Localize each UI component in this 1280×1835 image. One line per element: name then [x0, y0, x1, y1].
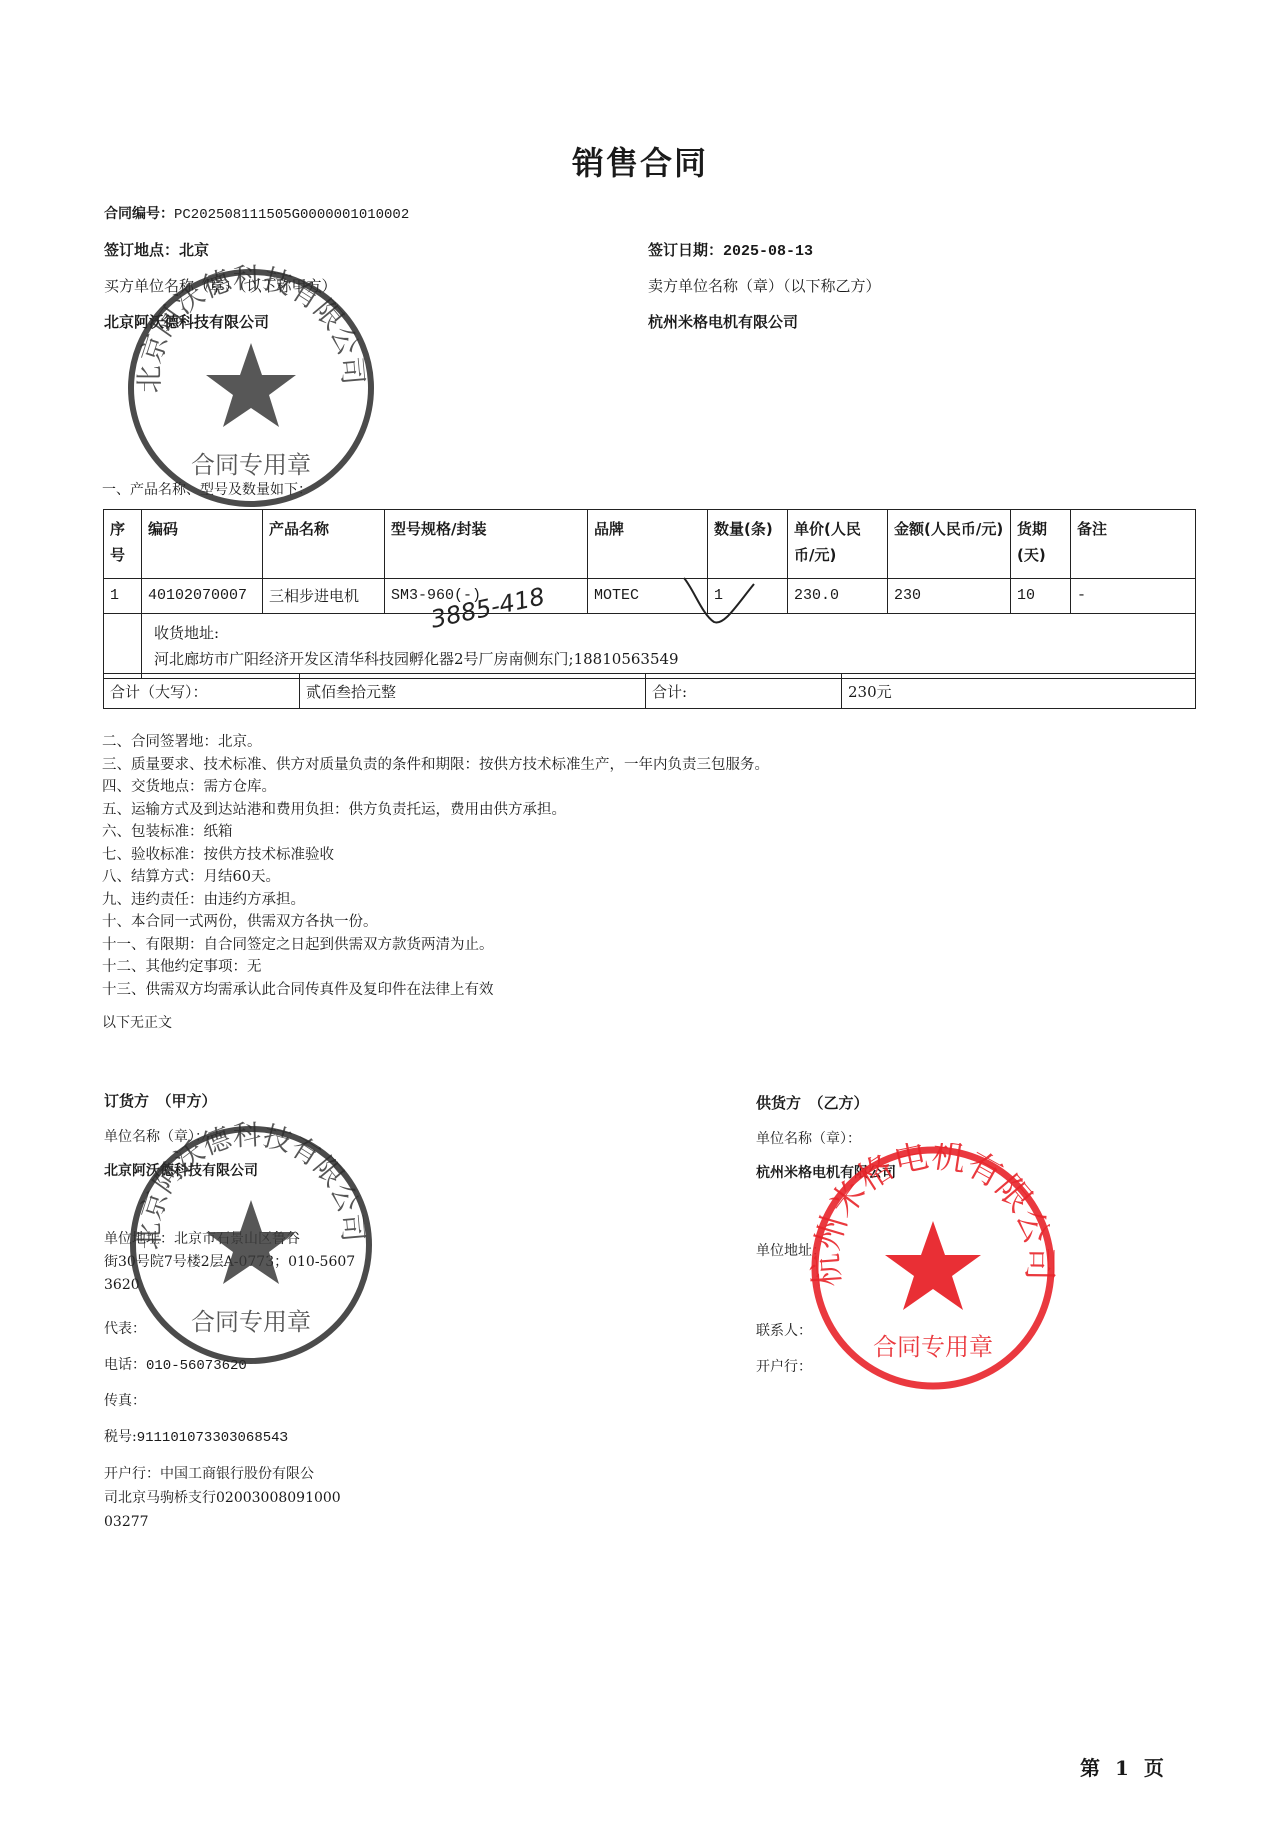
party-a-fax-label: 传真：	[104, 1390, 146, 1410]
contract-terms: 二、合同签署地：北京。 三、质量要求、技术标准、供方对质量负责的条件和期限：按供…	[102, 731, 769, 1001]
items-table: 序号 编码 产品名称 型号规格/封装 品牌 数量(条) 单价(人民币/元) 金额…	[103, 509, 1196, 679]
col-header-unit-price: 单价(人民币/元)	[788, 510, 888, 579]
party-a-bank-label: 开户行：	[104, 1466, 160, 1482]
sign-date-value: 2025-08-13	[723, 243, 813, 260]
address-row: 收货地址: 河北廊坊市广阳经济开发区清华科技园孵化器2号厂房南侧东门;18810…	[104, 614, 1196, 679]
page-number: 第 1 页	[1080, 1752, 1168, 1781]
buyer-name: 北京阿沃德科技有限公司	[104, 311, 269, 332]
party-b-address-label: 单位地址：	[756, 1240, 826, 1260]
term-item: 十三、供需双方均需承认此合同传真件及复印件在法律上有效	[102, 979, 769, 1002]
party-a-phone-label: 电话：	[104, 1357, 146, 1373]
buyer-company-seal-top: 北京阿沃德科技有限公司 合同专用章	[122, 263, 380, 513]
col-header-remark: 备注	[1071, 510, 1196, 579]
party-a-address-line3: 3620	[104, 1274, 355, 1297]
total-upper-label: 合计（大写）：	[104, 674, 300, 709]
term-item: 四、交货地点：需方仓库。	[102, 776, 769, 799]
items-heading: 一、产品名称、型号及数量如下：	[102, 479, 312, 499]
table-row: 1 40102070007 三相步进电机 SM3-960(-) MOTEC 1 …	[104, 579, 1196, 614]
cell-name: 三相步进电机	[263, 579, 385, 614]
total-label: 合计:	[646, 674, 842, 709]
contract-number: 合同编号：PC202508111505G0000001010002	[104, 203, 409, 223]
col-header-qty: 数量(条)	[708, 510, 788, 579]
contract-number-value: PC202508111505G0000001010002	[174, 207, 409, 223]
total-upper-value: 贰佰叁拾元整	[300, 674, 646, 709]
star-icon	[206, 343, 296, 427]
cell-unit-price: 230.0	[788, 579, 888, 614]
term-item: 八、结算方式：月结60天。	[102, 866, 769, 889]
party-b-heading: 供货方 （乙方）	[756, 1092, 869, 1113]
table-header-row: 序号 编码 产品名称 型号规格/封装 品牌 数量(条) 单价(人民币/元) 金额…	[104, 510, 1196, 579]
party-a-address-line1: 北京市石景山区鲁谷	[174, 1231, 300, 1247]
term-item: 九、违约责任：由违约方承担。	[102, 889, 769, 912]
contract-number-label: 合同编号：	[104, 206, 174, 222]
party-a-tax-label: 税号:	[104, 1429, 137, 1445]
svg-text:合同专用章: 合同专用章	[191, 1308, 311, 1336]
col-header-lead-days: 货期(天)	[1011, 510, 1071, 579]
col-header-model: 型号规格/封装	[385, 510, 588, 579]
term-item: 六、包装标准：纸箱	[102, 821, 769, 844]
end-note: 以下无正文	[102, 1012, 172, 1032]
buyer-label: 买方单位名称（章）（以下称甲方）	[104, 275, 337, 296]
party-a-address-line2: 街30号院7号楼2层A-0773；010-5607	[104, 1251, 355, 1274]
address-cell: 收货地址: 河北廊坊市广阳经济开发区清华科技园孵化器2号厂房南侧东门;18810…	[142, 614, 1196, 679]
total-value: 230元	[842, 674, 1196, 709]
party-a-address-label: 单位地址：	[104, 1231, 174, 1247]
party-b-contact-label: 联系人：	[756, 1320, 812, 1340]
seller-label: 卖方单位名称（章）（以下称乙方）	[648, 275, 881, 296]
term-item: 五、运输方式及到达站港和费用负担：供方负责托运，费用由供方承担。	[102, 799, 769, 822]
party-a-unit-name-label: 单位名称（章）：	[104, 1126, 209, 1146]
party-a-phone: 电话：010-56073620	[104, 1354, 247, 1374]
party-b-bank-label: 开户行：	[756, 1356, 812, 1376]
party-b-unit-name-label: 单位名称（章）：	[756, 1128, 861, 1148]
document-title: 销售合同	[0, 138, 1280, 184]
cell-seq: 1	[104, 579, 142, 614]
party-b-unit-name: 杭州米格电机有限公司	[756, 1162, 896, 1182]
address-label: 收货地址:	[154, 620, 1189, 646]
sign-place-value: 北京	[179, 241, 209, 259]
term-item: 十一、有限期：自合同签定之日起到供需双方款货两清为止。	[102, 934, 769, 957]
party-a-bank: 开户行：中国工商银行股份有限公 司北京马驹桥支行02003008091000 0…	[104, 1462, 341, 1534]
cell-remark: -	[1071, 579, 1196, 614]
cell-lead-days: 10	[1011, 579, 1071, 614]
sign-date-label: 签订日期：	[648, 241, 723, 259]
svg-text:合同专用章: 合同专用章	[191, 451, 311, 479]
sign-place-label: 签订地点：	[104, 241, 179, 259]
party-a-heading: 订货方 （甲方）	[104, 1090, 217, 1111]
sign-date: 签订日期：2025-08-13	[648, 239, 813, 260]
col-header-code: 编码	[142, 510, 263, 579]
address-spacer-cell	[104, 614, 142, 679]
totals-table: 合计（大写）： 贰佰叁拾元整 合计: 230元	[103, 673, 1196, 709]
address-value: 河北廊坊市广阳经济开发区清华科技园孵化器2号厂房南侧东门;18810563549	[154, 646, 1189, 672]
col-header-seq: 序号	[104, 510, 142, 579]
col-header-amount: 金额(人民币/元)	[888, 510, 1011, 579]
term-item: 三、质量要求、技术标准、供方对质量负责的条件和期限：按供方技术标准生产，一年内负…	[102, 754, 769, 777]
totals-row: 合计（大写）： 贰佰叁拾元整 合计: 230元	[104, 674, 1196, 709]
cell-brand: MOTEC	[588, 579, 708, 614]
party-a-rep-label: 代表：	[104, 1318, 146, 1338]
party-a-unit-name: 北京阿沃德科技有限公司	[104, 1160, 258, 1180]
term-item: 十、本合同一式两份，供需双方各执一份。	[102, 911, 769, 934]
party-a-bank-line3: 03277	[104, 1510, 341, 1534]
svg-text:合同专用章: 合同专用章	[873, 1333, 993, 1361]
col-header-name: 产品名称	[263, 510, 385, 579]
sign-place: 签订地点：北京	[104, 239, 209, 260]
term-item: 二、合同签署地：北京。	[102, 731, 769, 754]
party-a-phone-value: 010-56073620	[146, 1358, 247, 1374]
star-icon	[885, 1221, 981, 1310]
party-a-tax: 税号:91110107330306854З	[104, 1426, 288, 1446]
party-a-address: 单位地址：北京市石景山区鲁谷 街30号院7号楼2层A-0773；010-5607…	[104, 1228, 355, 1297]
party-a-bank-line1: 中国工商银行股份有限公	[160, 1466, 314, 1482]
cell-amount: 230	[888, 579, 1011, 614]
seller-name: 杭州米格电机有限公司	[648, 311, 798, 332]
party-a-tax-value: 91110107330306854З	[137, 1430, 288, 1446]
cell-qty: 1	[708, 579, 788, 614]
term-item: 七、验收标准：按供方技术标准验收	[102, 844, 769, 867]
cell-code: 40102070007	[142, 579, 263, 614]
col-header-brand: 品牌	[588, 510, 708, 579]
term-item: 十二、其他约定事项：无	[102, 956, 769, 979]
party-a-bank-line2: 司北京马驹桥支行02003008091000	[104, 1486, 341, 1510]
